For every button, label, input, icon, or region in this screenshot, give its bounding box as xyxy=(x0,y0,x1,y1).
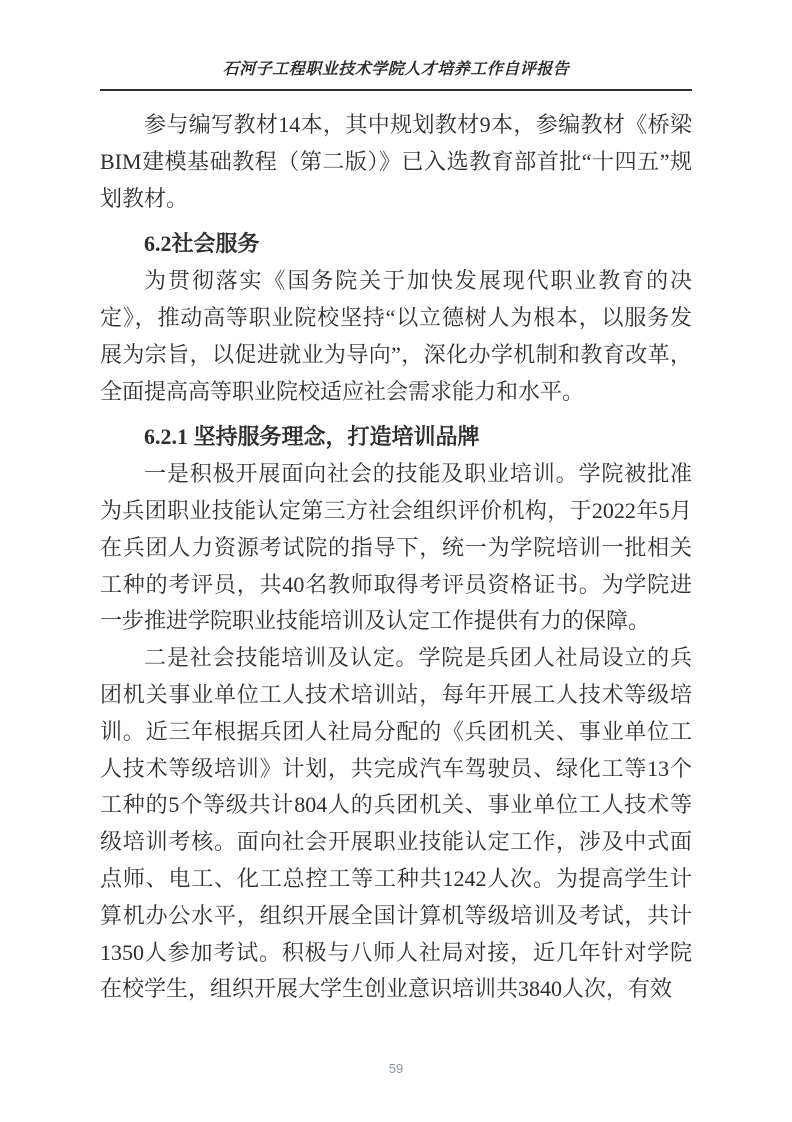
paragraph-skill-training: 一是积极开展面向社会的技能及职业培训。学院被批准为兵团职业技能认定第三方社会组织… xyxy=(100,456,692,640)
header-rule xyxy=(100,89,692,91)
paragraph-social-training: 二是社会技能培训及认定。学院是兵团人社局设立的兵团机关事业单位工人技术培训站，每… xyxy=(100,640,692,1008)
page-header: 石河子工程职业技术学院人才培养工作自评报告 xyxy=(100,60,692,91)
section-heading-6-2: 6.2社会服务 xyxy=(100,226,692,263)
page-number: 59 xyxy=(389,1061,403,1076)
header-title: 石河子工程职业技术学院人才培养工作自评报告 xyxy=(100,60,692,80)
document-page: 石河子工程职业技术学院人才培养工作自评报告 参与编写教材14本，其中规划教材9本… xyxy=(0,0,792,1122)
paragraph-policy: 为贯彻落实《国务院关于加快发展现代职业教育的决定》，推动高等职业院校坚持“以立德… xyxy=(100,263,692,410)
section-heading-6-2-1: 6.2.1 坚持服务理念，打造培训品牌 xyxy=(100,419,692,456)
page-footer: 59 xyxy=(0,1060,792,1078)
document-body: 参与编写教材14本，其中规划教材9本，参编教材《桥梁BIM建模基础教程（第二版）… xyxy=(100,107,692,1008)
paragraph-textbooks: 参与编写教材14本，其中规划教材9本，参编教材《桥梁BIM建模基础教程（第二版）… xyxy=(100,107,692,217)
